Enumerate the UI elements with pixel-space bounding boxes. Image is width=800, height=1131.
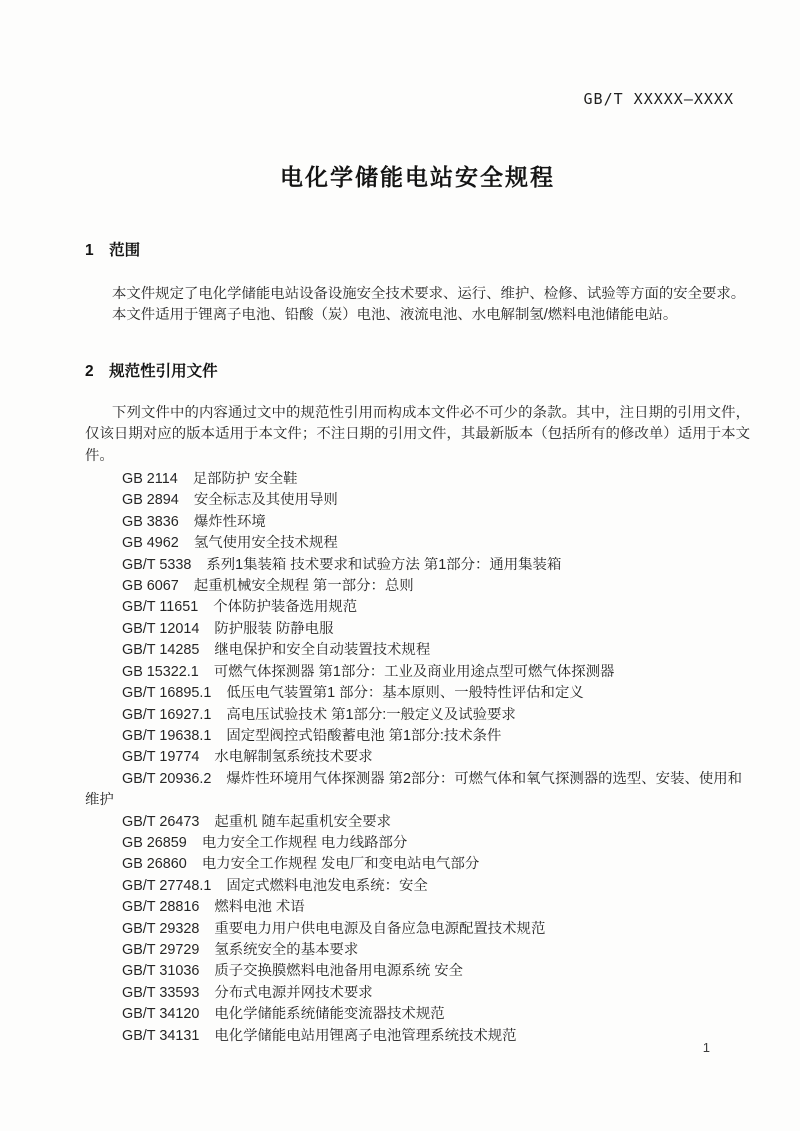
reference-code: GB 3836: [122, 514, 179, 530]
scope-paragraph: 本文件适用于锂离子电池、铅酸（炭）电池、液流电池、水电解制氢/燃料电池储能电站。: [85, 305, 750, 326]
reference-item: GB/T 26473起重机 随车起重机安全要求: [85, 812, 750, 833]
references-list: GB 2114足部防护 安全鞋GB 2894安全标志及其使用导则GB 3836爆…: [85, 469, 750, 1047]
reference-item: GB 2894安全标志及其使用导则: [85, 490, 750, 511]
reference-title: 电化学储能系统储能变流器技术规范: [214, 1006, 444, 1022]
reference-item: GB 2114足部防护 安全鞋: [85, 469, 750, 490]
reference-code: GB/T 31036: [122, 963, 199, 979]
reference-item: GB/T 34131电化学储能电站用锂离子电池管理系统技术规范: [85, 1026, 750, 1047]
reference-title: 水电解制氢系统技术要求: [214, 749, 372, 765]
reference-title: 安全标志及其使用导则: [194, 492, 338, 508]
reference-code: GB/T 16927.1: [122, 707, 211, 723]
reference-code: GB/T 16895.1: [122, 685, 211, 701]
reference-title: 系列1集装箱 技术要求和试验方法 第1部分：通用集装箱: [206, 557, 561, 573]
reference-title: 电力安全工作规程 发电厂和变电站电气部分: [202, 856, 479, 872]
page-content: GB/T XXXXX—XXXX 电化学储能电站安全规程 1 范围 本文件规定了电…: [0, 0, 800, 1047]
reference-code: GB/T 29328: [122, 921, 199, 937]
reference-title: 个体防护装备选用规范: [213, 599, 357, 615]
reference-item: GB 6067起重机械安全规程 第一部分：总则: [85, 576, 750, 597]
reference-item: GB 3836爆炸性环境: [85, 512, 750, 533]
reference-title: 电力安全工作规程 电力线路部分: [202, 835, 407, 851]
reference-title: 高电压试验技术 第1部分:一般定义及试验要求: [226, 707, 515, 723]
normative-references-intro-wrap: 下列文件中的内容通过文中的规范性引用而构成本文件必不可少的条款。其中，注日期的引…: [85, 403, 750, 467]
reference-code: GB/T 20936.2: [122, 771, 211, 787]
reference-item: GB/T 19774水电解制氢系统技术要求: [85, 747, 750, 768]
reference-title: 固定型阀控式铅酸蓄电池 第1部分:技术条件: [226, 728, 501, 744]
reference-code: GB 6067: [122, 578, 179, 594]
reference-item: GB 4962氢气使用安全技术规程: [85, 533, 750, 554]
reference-code: GB 2894: [122, 492, 179, 508]
reference-title: 爆炸性环境: [194, 514, 266, 530]
reference-code: GB/T 12014: [122, 621, 199, 637]
reference-code: GB/T 29729: [122, 942, 199, 958]
reference-title: 可燃气体探测器 第1部分：工业及商业用途点型可燃气体探测器: [214, 664, 615, 680]
scope-paragraphs: 本文件规定了电化学储能电站设备设施安全技术要求、运行、维护、检修、试验等方面的安…: [85, 284, 750, 327]
reference-title: 起重机 随车起重机安全要求: [214, 814, 391, 830]
reference-code: GB 26859: [122, 835, 187, 851]
reference-title: 继电保护和安全自动装置技术规程: [214, 642, 430, 658]
reference-code: GB 15322.1: [122, 664, 199, 680]
reference-code: GB/T 19774: [122, 749, 199, 765]
reference-title: 足部防护 安全鞋: [193, 471, 298, 487]
section-1-heading: 1 范围: [85, 238, 750, 260]
reference-title: 氢气使用安全技术规程: [194, 535, 338, 551]
reference-title: 重要电力用户供电电源及自备应急电源配置技术规范: [214, 921, 545, 937]
reference-code: GB/T 14285: [122, 642, 199, 658]
reference-title: 固定式燃料电池发电系统：安全: [226, 878, 427, 894]
page-number: 1: [703, 1040, 710, 1055]
reference-title: 电化学储能电站用锂离子电池管理系统技术规范: [214, 1028, 516, 1044]
reference-item: GB/T 29729氢系统安全的基本要求: [85, 940, 750, 961]
reference-title: 起重机械安全规程 第一部分：总则: [194, 578, 414, 594]
reference-code: GB/T 34120: [122, 1006, 199, 1022]
document-page: GB/T XXXXX—XXXX 电化学储能电站安全规程 1 范围 本文件规定了电…: [0, 0, 800, 1131]
reference-title: 分布式电源并网技术要求: [214, 985, 372, 1001]
reference-code: GB 26860: [122, 856, 187, 872]
reference-item: GB 26859电力安全工作规程 电力线路部分: [85, 833, 750, 854]
reference-item: GB/T 11651个体防护装备选用规范: [85, 597, 750, 618]
reference-code: GB/T 33593: [122, 985, 199, 1001]
reference-code: GB/T 26473: [122, 814, 199, 830]
reference-code: GB/T 28816: [122, 899, 199, 915]
reference-item: GB/T 29328重要电力用户供电电源及自备应急电源配置技术规范: [85, 919, 750, 940]
reference-code: GB 4962: [122, 535, 179, 551]
reference-code: GB/T 11651: [122, 599, 198, 615]
document-title: 电化学储能电站安全规程: [85, 159, 750, 192]
reference-item: GB 15322.1可燃气体探测器 第1部分：工业及商业用途点型可燃气体探测器: [85, 662, 750, 683]
reference-title: 质子交换膜燃料电池备用电源系统 安全: [214, 963, 463, 979]
reference-item: GB/T 16895.1低压电气装置第1 部分：基本原则、一般特性评估和定义: [85, 683, 750, 704]
reference-item: GB/T 20936.2爆炸性环境用气体探测器 第2部分：可燃气体和氧气探测器的…: [85, 769, 750, 812]
reference-item: GB/T 16927.1高电压试验技术 第1部分:一般定义及试验要求: [85, 705, 750, 726]
page-header: GB/T XXXXX—XXXX: [85, 0, 750, 109]
reference-item: GB/T 19638.1固定型阀控式铅酸蓄电池 第1部分:技术条件: [85, 726, 750, 747]
standard-code: GB/T XXXXX—XXXX: [584, 90, 734, 108]
reference-code: GB/T 27748.1: [122, 878, 211, 894]
reference-title: 氢系统安全的基本要求: [214, 942, 358, 958]
reference-title: 防护服装 防静电服: [214, 621, 333, 637]
reference-title: 低压电气装置第1 部分：基本原则、一般特性评估和定义: [226, 685, 583, 701]
reference-item: GB/T 33593分布式电源并网技术要求: [85, 983, 750, 1004]
reference-code: GB 2114: [122, 471, 178, 487]
reference-item: GB 26860电力安全工作规程 发电厂和变电站电气部分: [85, 854, 750, 875]
reference-item: GB/T 5338系列1集装箱 技术要求和试验方法 第1部分：通用集装箱: [85, 555, 750, 576]
reference-item: GB/T 12014防护服装 防静电服: [85, 619, 750, 640]
reference-item: GB/T 28816燃料电池 术语: [85, 897, 750, 918]
section-2-heading: 2 规范性引用文件: [85, 359, 750, 381]
reference-title: 燃料电池 术语: [214, 899, 304, 915]
reference-item: GB/T 14285继电保护和安全自动装置技术规程: [85, 640, 750, 661]
reference-item: GB/T 27748.1固定式燃料电池发电系统：安全: [85, 876, 750, 897]
normative-references-intro: 下列文件中的内容通过文中的规范性引用而构成本文件必不可少的条款。其中，注日期的引…: [85, 403, 750, 467]
reference-code: GB/T 34131: [122, 1028, 199, 1044]
reference-item: GB/T 31036质子交换膜燃料电池备用电源系统 安全: [85, 961, 750, 982]
reference-code: GB/T 19638.1: [122, 728, 211, 744]
reference-code: GB/T 5338: [122, 557, 191, 573]
reference-item: GB/T 34120电化学储能系统储能变流器技术规范: [85, 1004, 750, 1025]
scope-paragraph: 本文件规定了电化学储能电站设备设施安全技术要求、运行、维护、检修、试验等方面的安…: [85, 284, 750, 305]
